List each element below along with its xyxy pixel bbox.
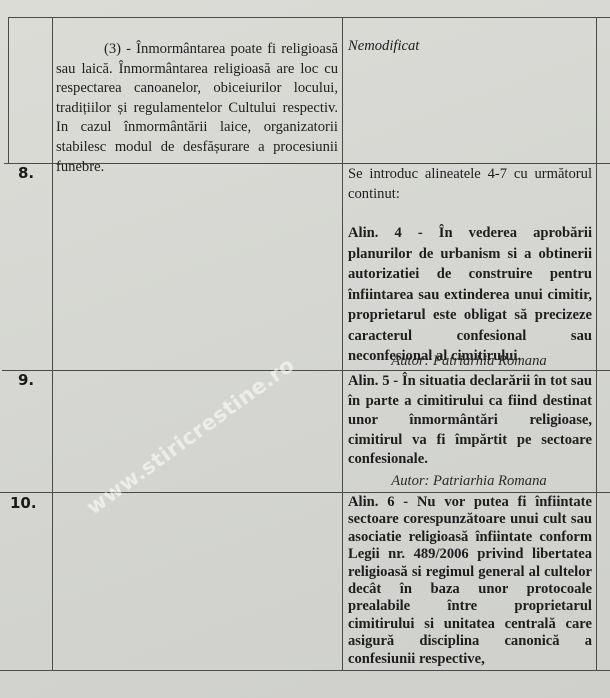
row-number: 8. bbox=[18, 164, 34, 182]
table-border-left bbox=[8, 17, 9, 163]
amendment-cell: Alin. 6 - Nu vor putea fi înfiintate sec… bbox=[348, 494, 592, 668]
author-label: Autor: Patriarhia Romana bbox=[342, 353, 596, 370]
table-border-top bbox=[8, 17, 610, 18]
original-text-cell: (3) - Înmormântarea poate fi religioasă … bbox=[56, 40, 338, 177]
amendment-intro: Se introduc alineatele 4-7 cu următorul … bbox=[348, 165, 592, 204]
column-divider bbox=[342, 17, 343, 670]
row-divider bbox=[2, 370, 610, 371]
author-label: Autor: Patriarhia Romana bbox=[342, 473, 596, 490]
row-number: 9. bbox=[18, 371, 34, 389]
row-number: 10. bbox=[10, 494, 37, 512]
amendment-cell: Alin. 5 - În situatia declarării în tot … bbox=[348, 372, 592, 470]
column-divider bbox=[596, 17, 597, 670]
column-divider bbox=[52, 17, 53, 670]
amendments-table: (3) - Înmormântarea poate fi religioasă … bbox=[0, 0, 610, 698]
table-border-bottom bbox=[0, 670, 610, 671]
amendment-cell: Nemodificat bbox=[348, 37, 592, 57]
amendment-cell: Alin. 4 - În vederea aprobării planurilo… bbox=[348, 223, 592, 367]
